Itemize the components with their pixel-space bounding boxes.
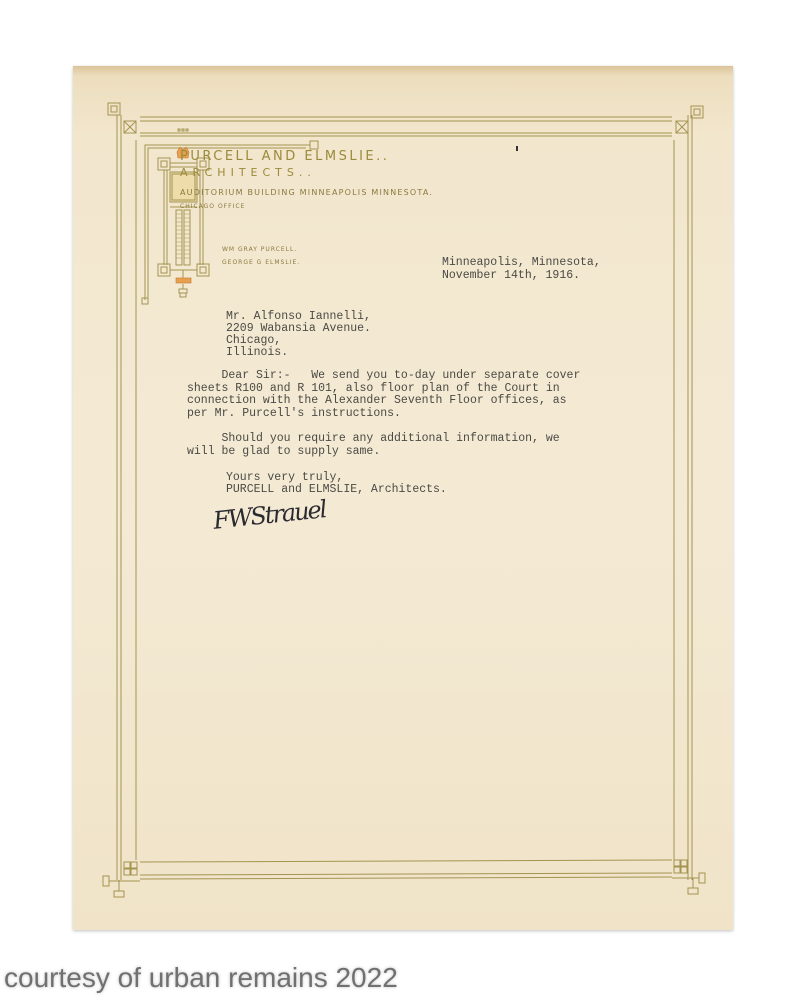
letterhead-partner: George G Elmslie.	[222, 259, 300, 266]
letter-date: November 14th, 1916.	[442, 270, 580, 283]
letterhead-profession: Architects..	[180, 166, 316, 179]
credit-caption: courtesy of urban remains 2022	[4, 962, 398, 994]
letterhead-firm-name: Purcell and Elmslie..	[180, 149, 389, 164]
letterhead-address: Auditorium Building Minneapolis Minnesot…	[180, 188, 433, 197]
letterhead-partner: Wm Gray Purcell.	[222, 246, 297, 253]
letter-place: Minneapolis, Minnesota,	[442, 257, 601, 270]
letter-paragraph: Should you require any additional inform…	[187, 433, 560, 458]
letter-signatory: PURCELL and ELMSLIE, Architects.	[226, 484, 447, 497]
letterhead-office: Chicago Office	[180, 203, 245, 210]
base-ornament-icon	[176, 278, 191, 283]
ornamental-border	[0, 0, 805, 1000]
letter-paragraph: Dear Sir:- We send you to-day under sepa…	[187, 370, 580, 420]
recipient-state: Illinois.	[226, 347, 288, 360]
